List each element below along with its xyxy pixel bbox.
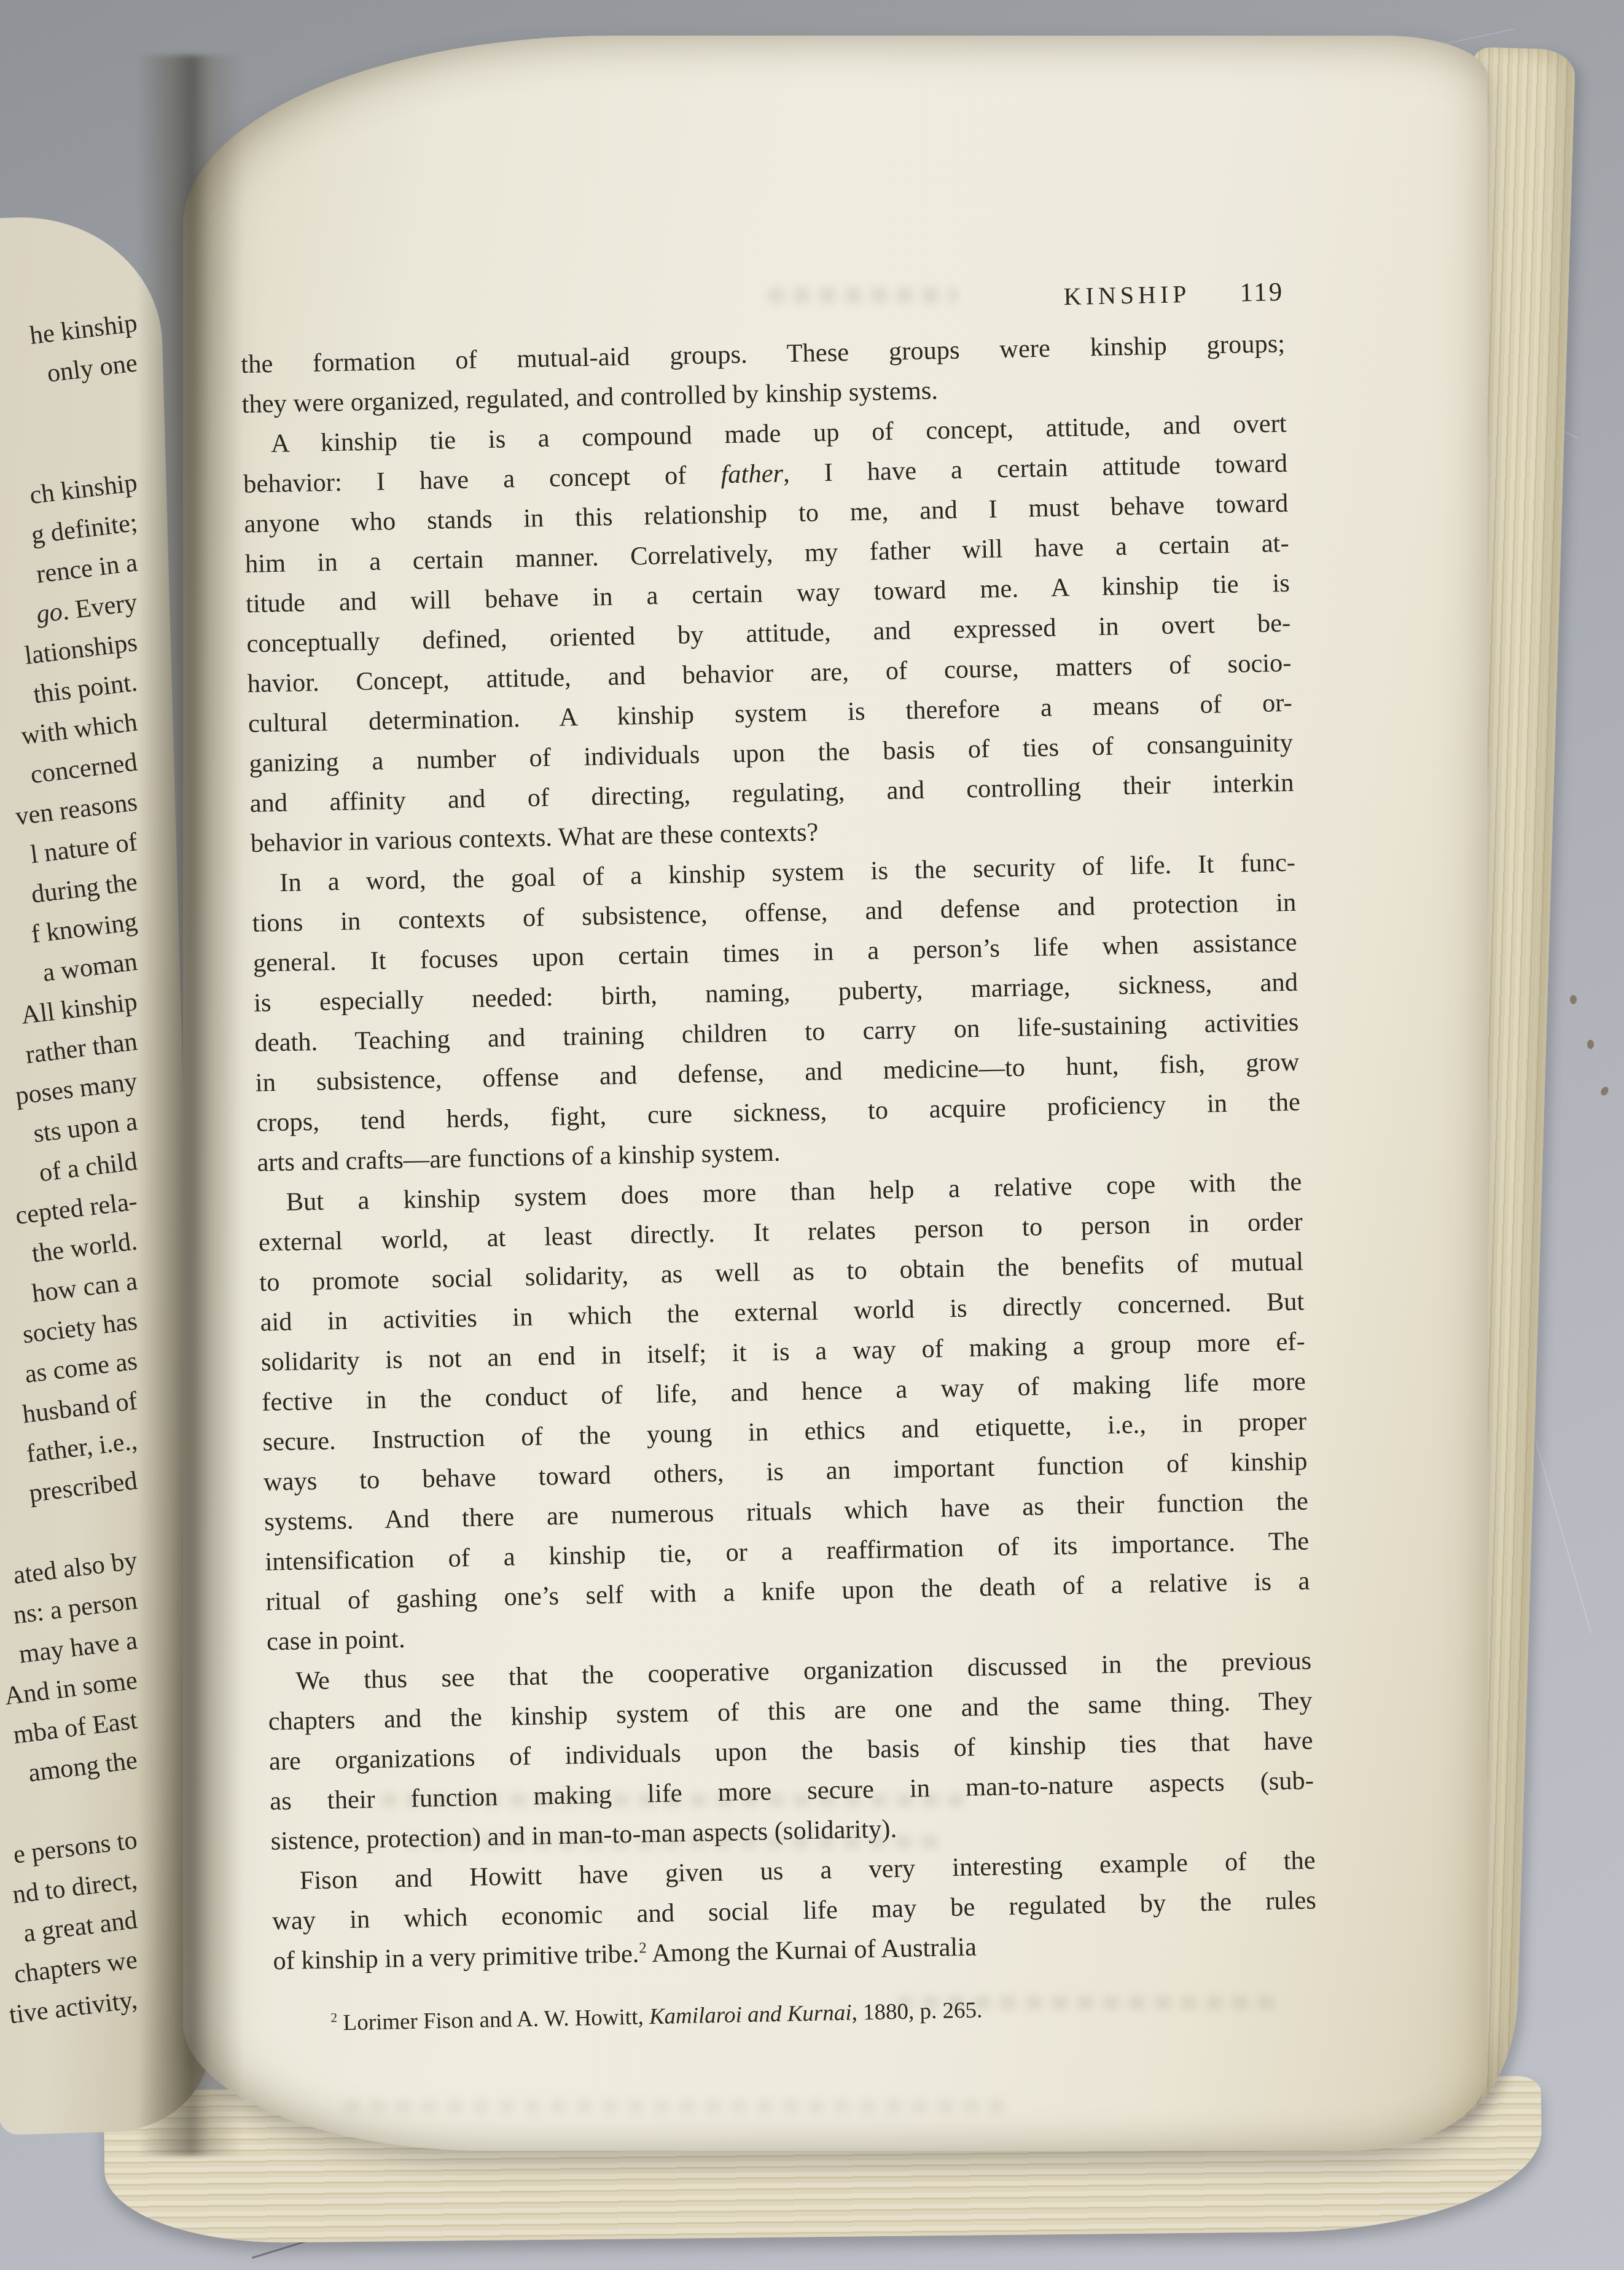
right-page-text: KINSHIP 119 the formation of mutual-aid … [240,277,1319,2040]
bleed-through-smudge [344,2099,1007,2113]
table-speck [1570,995,1577,1004]
right-page-body: the formation of mutual-aid groups. Thes… [241,324,1318,1981]
running-header-title: KINSHIP [1063,279,1191,311]
table-scratch [1535,1438,1592,1634]
photo-open-book: he kinshiponly onech kinshipg definite;r… [0,0,1624,2270]
table-speck [1587,1040,1594,1049]
table-speck [1599,1085,1610,1096]
left-page-text: he kinshiponly onech kinshipg definite;r… [0,302,142,2019]
page-number: 119 [1239,277,1284,308]
